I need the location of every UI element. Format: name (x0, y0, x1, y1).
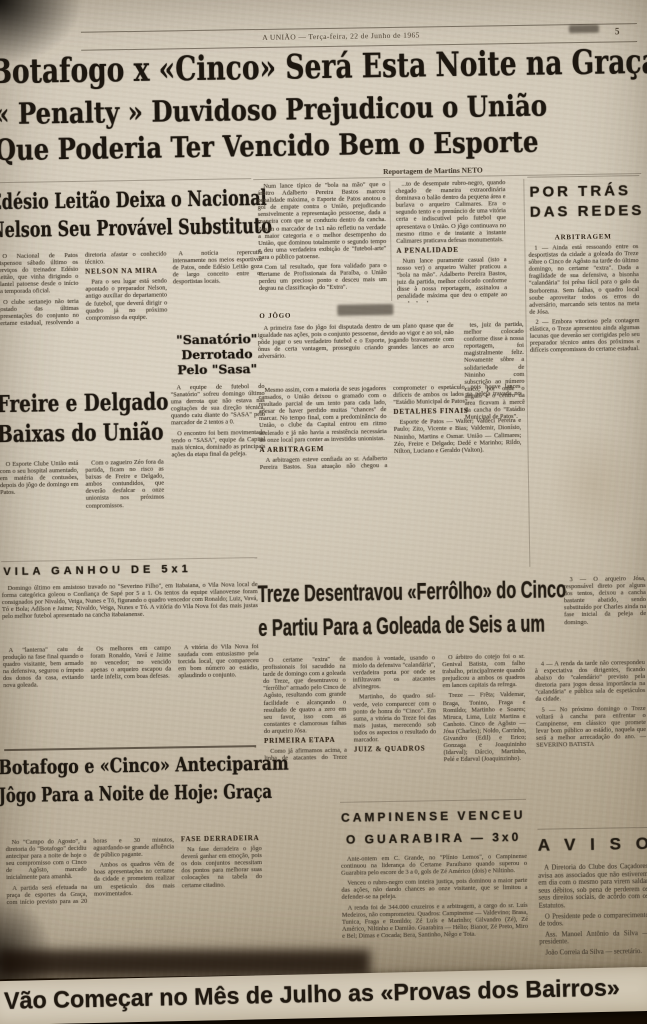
treze-p3: Martinho, do quadro sul-verde, veio comp… (353, 693, 436, 744)
story-det: Esporte de Patos — Walter; Valdeci Perei… (394, 417, 522, 454)
vila-headline: VILA GANHOU DE 5x1 (3, 564, 191, 578)
sanatorio-p1: A equipe de futebol do "Sanatório" sofre… (170, 383, 265, 427)
edesio-subhead: NELSON NA MIRA (85, 268, 167, 276)
sanatorio-headline-3: Pelo "Sasa" (170, 361, 264, 377)
headline-sub1: « Penalty » Duvidoso Prejudicou o União (0, 91, 547, 129)
page-number: 5 (615, 26, 620, 36)
botcinco-rule (4, 745, 256, 751)
after-vila-p1: A "lanterna" caiu de produção na fase fi… (3, 646, 84, 690)
jogo-p1: A primeira fase do jôgo foi disputada de… (258, 322, 455, 361)
edesio-p4: A notícia repercutiu intensamente nos me… (172, 249, 263, 286)
portras-seg1: 1 — Ainda está ressoando entre os despor… (528, 243, 643, 571)
jogo-wide-body: A primeira fase do jôgo foi disputada de… (258, 322, 455, 381)
botcinco-subhead: FASE DERRADEIRA (181, 835, 262, 843)
edesio-rule (0, 178, 251, 183)
portras-i2: 2 — Embora vitorioso pela contagem elást… (529, 317, 640, 354)
freire-body: O Esporte Clube União está com o seu hos… (0, 459, 165, 558)
sanatorio-headline: "Sanatório" Derrotado Pelo "Sasa" (170, 331, 265, 377)
sanatorio-body: A equipe de futebol do "Sanatório" sofre… (170, 383, 267, 552)
portras-i3: 3 — O arqueiro Jósa, responsável direto … (564, 575, 647, 626)
story-a2: Com tal resultado, que fora validado par… (259, 262, 387, 292)
treze-headline-1: Treze Desentravou «Ferrôlho» do Cinco (258, 578, 567, 607)
aviso-body: A Diretoria do Clube dos Caçadores avisa… (538, 863, 647, 965)
treze-p5: Treze — Frêta; Valdemar, Braga, Tonino, … (443, 691, 527, 763)
botcinco-p3: Ambos os quadros vêm de boas apresentaçõ… (94, 861, 175, 898)
scan-shadow-band (0, 950, 370, 976)
vila-body: Domingo último em amistoso travado no "S… (2, 581, 259, 643)
detalhes-subhead: DETALHES FINAIS (393, 407, 521, 416)
ink-smudge-jogo (337, 304, 393, 316)
headline-main: Botafogo x «Cinco» Será Esta Noite na Gr… (0, 45, 647, 90)
after-vila-p3: A vitória do Vila Nova foi saudada com e… (178, 643, 259, 680)
penalidade-subhead: A PENALIDADE (396, 246, 506, 255)
portras-headline-1: POR TRÁS (529, 183, 631, 200)
aviso-rule (537, 827, 647, 830)
freire-p1: O Esporte Clube União está com o seu hos… (0, 460, 79, 497)
camp-headline-2: O GUARABIRA — 3x0 (341, 831, 527, 846)
aviso-p4: João Correia da Silva — secretário. (539, 948, 647, 957)
edesio-headline-2: Nelson Seu Provável Substituto (0, 215, 272, 240)
camp-headline-1: CAMPINENSE VENCEU (340, 809, 526, 824)
treze-body: O certame "extra" de profissionais foi s… (263, 653, 527, 791)
treze-subhead-1: PRIMEIRA ETAPA (264, 737, 347, 745)
portras-i1: 1 — Ainda está ressoando entre os despor… (528, 243, 639, 316)
edesio-headline-1: Edésio Leitão Deixa o Nacional (0, 187, 267, 212)
edesio-p3: Para o seu lugar está sendo apontado o p… (85, 278, 167, 322)
treze-headline-2: e Partiu Para a Goleada de Seis a um (258, 613, 545, 641)
byline: Reportagem de Martins NETO (383, 165, 483, 176)
story-a1: Num lance típico de "bola na mão" que o … (257, 181, 386, 261)
edesio-p1: O Nacional de Patos dispensou sábado últ… (0, 252, 79, 296)
freire-headline-2: Baixas do União (0, 421, 164, 447)
portras-subhead: ARBITRAGEM (528, 232, 638, 242)
story-b1: ...to de desempate rubro-negro, quando c… (395, 179, 506, 245)
botcinco-headline-2: Jôgo Para a Noite de Hoje: Graça (0, 781, 272, 805)
treze-p1: O certame "extra" de profissionais foi s… (263, 656, 347, 735)
bottom-banner-headline: Vão Começar no Mês de Julho as «Provas d… (4, 977, 620, 1014)
camp-p1: Ante-ontem em C. Grande, no "Plínio Lemo… (341, 853, 527, 877)
portras-i4: 4 — A renda da tarde não correspondeu à … (535, 659, 646, 703)
story-pen: Num lance puramente casual (isto a nosso… (397, 256, 508, 303)
newspaper-page: A UNIÃO — Terça-feira, 22 de Junho de 19… (0, 0, 647, 979)
freire-p2: Com o zagueiro Zéo fora da partida, fica… (85, 459, 164, 510)
camp-rule (340, 799, 526, 803)
story-col-a: Num lance típico de "bola na mão" que o … (257, 181, 387, 305)
camp-p2: Venceu o rubro-negro com inteira justiça… (341, 877, 527, 901)
sanatorio-headline-1: "Sanatório" (170, 331, 264, 347)
portras-headline-2: DAS REDES (530, 203, 645, 220)
masthead: A UNIÃO — Terça-feira, 22 de Junho de 19… (231, 30, 451, 42)
edesio-col3: A notícia repercutiu intensamente nos me… (172, 249, 263, 326)
ink-smudge-masthead (569, 25, 599, 33)
after-vila-body: A "lanterna" caiu de produção na fase fi… (3, 643, 261, 745)
camp-p3: A renda foi de 344.000 cruzeiros e a arb… (342, 901, 529, 939)
jogo-p2: Mesmo assim, com a maioria de seus jogad… (259, 385, 387, 444)
portras-i5: 5 — No próximo domingo o Treze voltará à… (536, 705, 647, 749)
portras-seg2: 3 — O arqueiro Jósa, responsável direto … (564, 575, 647, 652)
jogo-subhead: O JÔGO (259, 312, 291, 320)
portras-seg3: 4 — A renda da tarde não correspondeu à … (535, 659, 647, 819)
headline-sub2: Que Poderia Ter Vencido Bem o Esporte (0, 128, 539, 166)
vila-p: Domingo último em amistoso travado no "S… (2, 581, 259, 620)
after-vila-p2: Os melhores em campo foram Ronaldo, Vavá… (90, 644, 171, 681)
aviso-p3: Ass. Manoel Antônio da Silva — president… (539, 930, 647, 947)
sanatorio-headline-2: Derrotado (170, 346, 264, 362)
botcinco-p4: Na fase derradeira o jôgo deverá ganhar … (181, 845, 262, 889)
column-rule-1 (389, 181, 392, 301)
aviso-headline: A V I S O (538, 835, 647, 854)
arbitragem-subhead: A ARBITRAGEM (259, 445, 387, 454)
treze-subhead-2: JUIZ & QUADROS (354, 745, 437, 753)
treze-p4: O árbitro do cotejo foi o sr. Genival Ba… (442, 653, 525, 690)
sanatorio-p2: O encontro foi bem movimentado tendo o "… (171, 429, 265, 459)
story-col-b: ...to de desempate rubro-negro, quando c… (395, 179, 507, 303)
edesio-body: O Nacional de Patos dispensou sábado últ… (0, 250, 168, 389)
aviso-p1: A Diretoria do Clube dos Caçadores avisa… (538, 863, 647, 910)
story-lower-cols: Mesmo assim, com a maioria de seus jogad… (259, 383, 524, 571)
botcinco-headline-1: Botafogo e «Cinco» Anteciparam (0, 753, 289, 778)
vila-rule (1, 557, 257, 562)
aviso-p2: O Presidente pede o comparecimento de to… (539, 912, 647, 929)
freire-headline-1: Freire e Delgado (0, 390, 169, 416)
botcinco-p1: No "Campo do Agosto", a diretoria do "Bo… (6, 838, 87, 882)
